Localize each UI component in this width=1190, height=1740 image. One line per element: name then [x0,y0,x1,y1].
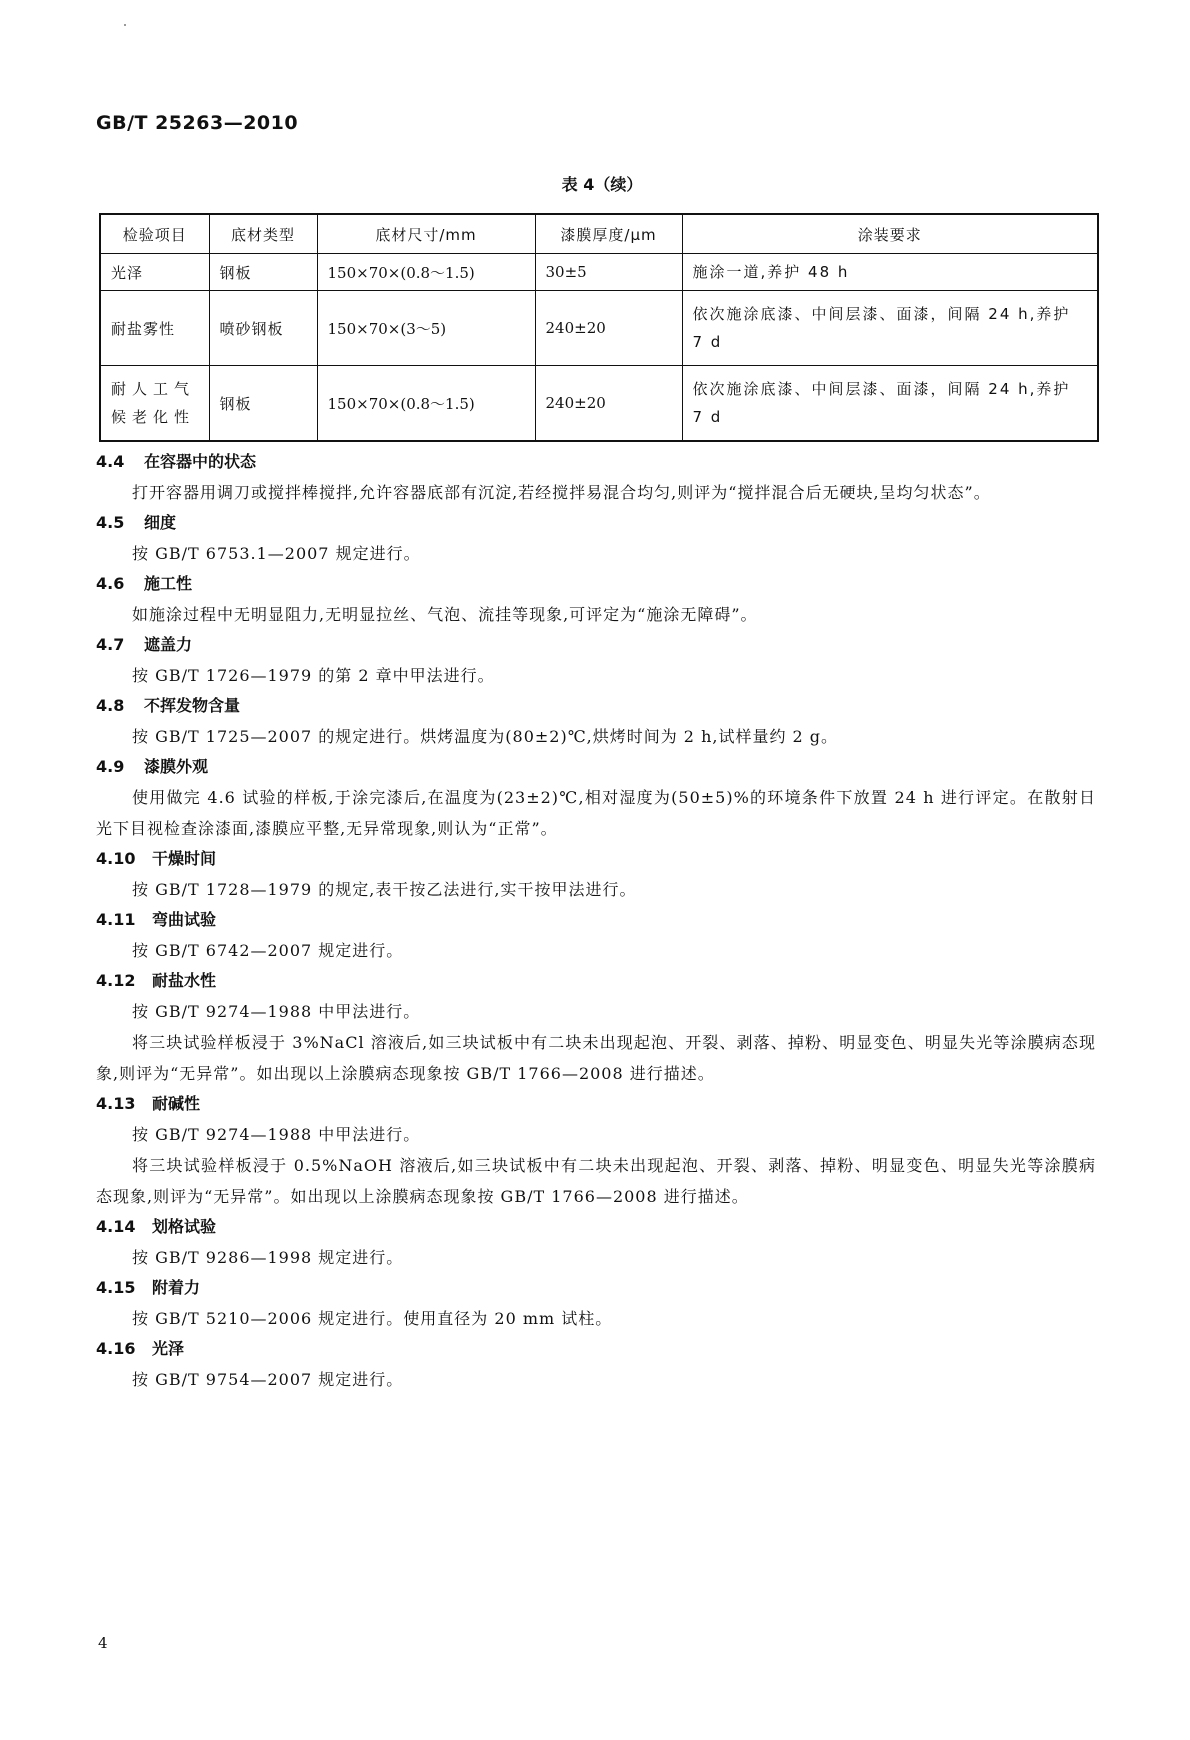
section-number: 4.6 [96,569,144,599]
section-number: 4.8 [96,691,144,721]
section-number: 4.12 [96,966,152,996]
section-heading: 4.16光泽 [96,1334,1096,1364]
column-header-substrate-type: 底材类型 [209,214,317,254]
table-row: 光泽 钢板 150×70×(0.8～1.5) 30±5 施涂一道,养护 48 h [100,254,1098,291]
section-paragraph: 按 GB/T 1726—1979 的第 2 章中甲法进行。 [96,660,1096,691]
section-title: 遮盖力 [144,635,192,654]
section-title: 不挥发物含量 [144,696,240,715]
section-paragraph: 按 GB/T 9754—2007 规定进行。 [96,1364,1096,1395]
standard-number: GB/T 25263—2010 [96,112,298,134]
section-heading: 4.13耐碱性 [96,1089,1096,1119]
table-caption: 表 4（续） [0,172,1190,195]
table-row: 耐人工气候老化性 钢板 150×70×(0.8～1.5) 240±20 依次施涂… [100,366,1098,442]
cell-coating-requirement: 依次施涂底漆、中间层漆、面漆，间隔 24 h,养护 7 d [682,366,1098,442]
document-page: GB/T 25263—2010 表 4（续） 检验项目 底材类型 底材尺寸/mm… [0,0,1190,1740]
page-number: 4 [98,1634,108,1652]
section-paragraph: 按 GB/T 9274—1988 中甲法进行。 [96,996,1096,1027]
section-title: 划格试验 [152,1217,216,1236]
column-header-substrate-size: 底材尺寸/mm [317,214,535,254]
table-header-row: 检验项目 底材类型 底材尺寸/mm 漆膜厚度/μm 涂装要求 [100,214,1098,254]
section-number: 4.15 [96,1273,152,1303]
section-heading: 4.6施工性 [96,569,1096,599]
section-paragraph: 按 GB/T 5210—2006 规定进行。使用直径为 20 mm 试柱。 [96,1303,1096,1334]
section-heading: 4.9漆膜外观 [96,752,1096,782]
cell-substrate-type: 钢板 [209,254,317,291]
cell-item: 耐人工气候老化性 [100,366,209,442]
column-header-item: 检验项目 [100,214,209,254]
cell-substrate-size: 150×70×(0.8～1.5) [317,254,535,291]
section-heading: 4.5细度 [96,508,1096,538]
column-header-film-thickness: 漆膜厚度/μm [535,214,682,254]
section-number: 4.13 [96,1089,152,1119]
section-title: 弯曲试验 [152,910,216,929]
section-heading: 4.11弯曲试验 [96,905,1096,935]
section-heading: 4.12耐盐水性 [96,966,1096,996]
cell-substrate-type: 钢板 [209,366,317,442]
section-number: 4.7 [96,630,144,660]
section-paragraph: 将三块试验样板浸于 0.5%NaOH 溶液后,如三块试板中有二块未出现起泡、开裂… [96,1150,1096,1212]
cell-substrate-size: 150×70×(3～5) [317,291,535,366]
section-number: 4.11 [96,905,152,935]
section-title: 光泽 [152,1339,184,1358]
section-paragraph: 按 GB/T 1728—1979 的规定,表干按乙法进行,实干按甲法进行。 [96,874,1096,905]
section-title: 耐碱性 [152,1094,200,1113]
section-paragraph: 按 GB/T 9274—1988 中甲法进行。 [96,1119,1096,1150]
sections-body: 4.4在容器中的状态 打开容器用调刀或搅拌棒搅拌,允许容器底部有沉淀,若经搅拌易… [96,447,1096,1395]
section-heading: 4.15附着力 [96,1273,1096,1303]
section-heading: 4.8不挥发物含量 [96,691,1096,721]
section-title: 细度 [144,513,176,532]
cell-item: 耐盐雾性 [100,291,209,366]
section-title: 附着力 [152,1278,200,1297]
section-title: 耐盐水性 [152,971,216,990]
section-heading: 4.7遮盖力 [96,630,1096,660]
cell-film-thickness: 240±20 [535,291,682,366]
section-number: 4.10 [96,844,152,874]
section-number: 4.16 [96,1334,152,1364]
section-paragraph: 按 GB/T 6742—2007 规定进行。 [96,935,1096,966]
section-heading: 4.4在容器中的状态 [96,447,1096,477]
section-paragraph: 按 GB/T 1725—2007 的规定进行。烘烤温度为(80±2)℃,烘烤时间… [96,721,1096,752]
section-paragraph: 按 GB/T 6753.1—2007 规定进行。 [96,538,1096,569]
cell-substrate-type: 喷砂钢板 [209,291,317,366]
table-row: 耐盐雾性 喷砂钢板 150×70×(3～5) 240±20 依次施涂底漆、中间层… [100,291,1098,366]
section-number: 4.9 [96,752,144,782]
section-title: 干燥时间 [152,849,216,868]
section-paragraph: 按 GB/T 9286—1998 规定进行。 [96,1242,1096,1273]
section-paragraph: 将三块试验样板浸于 3%NaCl 溶液后,如三块试板中有二块未出现起泡、开裂、剥… [96,1027,1096,1089]
scan-artifact [124,24,126,26]
section-heading: 4.14划格试验 [96,1212,1096,1242]
section-paragraph: 打开容器用调刀或搅拌棒搅拌,允许容器底部有沉淀,若经搅拌易混合均匀,则评为“搅拌… [96,477,1096,508]
section-heading: 4.10干燥时间 [96,844,1096,874]
column-header-coating-requirement: 涂装要求 [682,214,1098,254]
cell-coating-requirement: 依次施涂底漆、中间层漆、面漆，间隔 24 h,养护 7 d [682,291,1098,366]
section-title: 在容器中的状态 [144,452,256,471]
section-number: 4.4 [96,447,144,477]
cell-substrate-size: 150×70×(0.8～1.5) [317,366,535,442]
cell-coating-requirement: 施涂一道,养护 48 h [682,254,1098,291]
cell-film-thickness: 240±20 [535,366,682,442]
section-paragraph: 如施涂过程中无明显阻力,无明显拉丝、气泡、流挂等现象,可评定为“施涂无障碍”。 [96,599,1096,630]
cell-film-thickness: 30±5 [535,254,682,291]
cell-item: 光泽 [100,254,209,291]
section-number: 4.5 [96,508,144,538]
section-title: 施工性 [144,574,192,593]
section-paragraph: 使用做完 4.6 试验的样板,于涂完漆后,在温度为(23±2)℃,相对湿度为(5… [96,782,1096,844]
section-number: 4.14 [96,1212,152,1242]
section-title: 漆膜外观 [144,757,208,776]
coating-spec-table: 检验项目 底材类型 底材尺寸/mm 漆膜厚度/μm 涂装要求 光泽 钢板 150… [99,213,1099,442]
